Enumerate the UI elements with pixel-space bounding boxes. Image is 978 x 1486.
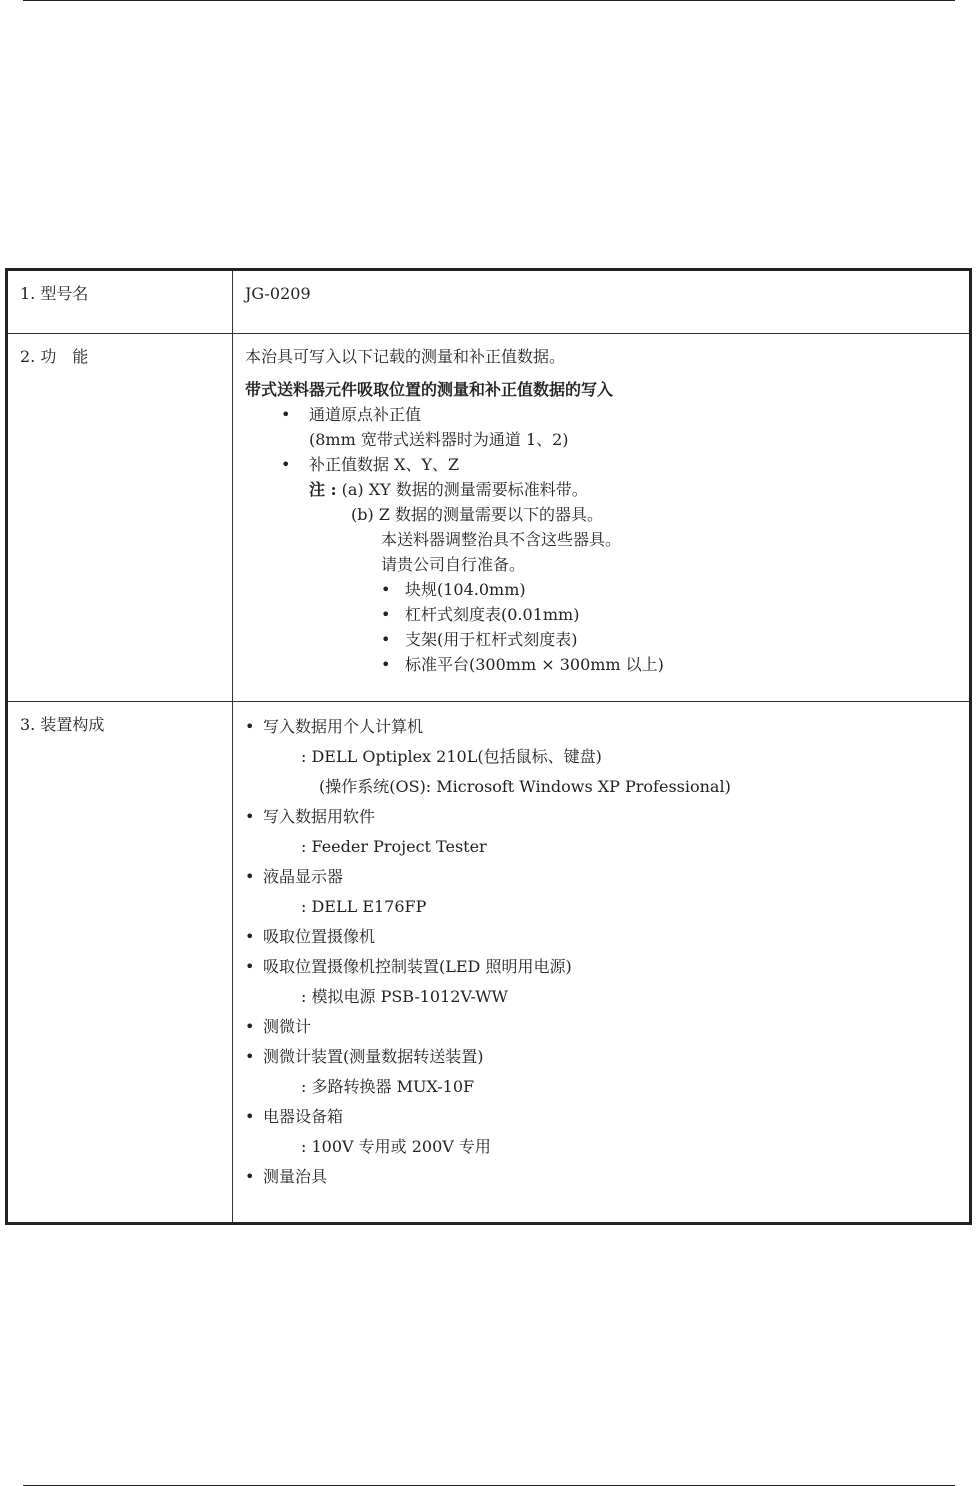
note-b-line2: 本送料器调整治具不含这些器具。 — [245, 527, 957, 552]
equipment-item: •测量治具 — [245, 1162, 957, 1192]
bullet-text: 补正值数据 X、Y、Z — [309, 455, 459, 474]
bullet-text: 通道原点补正值 — [309, 405, 421, 424]
note-a: 注 : (a) XY 数据的测量需要标准料带。 — [245, 477, 957, 502]
equipment-item: •写入数据用软件 — [245, 802, 957, 832]
tool-item: •支架(用于杠杆式刻度表) — [245, 627, 957, 652]
equipment-name: 液晶显示器 — [263, 867, 343, 886]
equipment-name: 吸取位置摄像机控制装置(LED 照明用电源) — [263, 957, 572, 976]
equipment-item: •测微计 — [245, 1012, 957, 1042]
function-content: 本治具可写入以下记载的测量和补正值数据。 带式送料器元件吸取位置的测量和补正值数… — [233, 334, 971, 702]
bullet-icon: • — [245, 1012, 254, 1042]
note-text: (a) XY 数据的测量需要标准料带。 — [342, 480, 588, 499]
bullet-icon: • — [381, 602, 390, 627]
equipment-detail: : DELL E176FP — [245, 892, 957, 922]
equipment-item: •吸取位置摄像机控制装置(LED 照明用电源) — [245, 952, 957, 982]
note-label: 注 : — [309, 480, 336, 499]
bullet-icon: • — [245, 1162, 254, 1192]
bullet-icon: • — [281, 452, 290, 477]
bullet-icon: • — [281, 402, 290, 427]
note-b-line3: 请贵公司自行准备。 — [245, 552, 957, 577]
equipment-name: 电器设备箱 — [263, 1107, 343, 1126]
bullet-icon: • — [245, 922, 254, 952]
equipment-detail: : 模拟电源 PSB-1012V-WW — [245, 982, 957, 1012]
table-row-model: 1. 型号名 JG-0209 — [7, 270, 971, 334]
equipment-item: •液晶显示器 — [245, 862, 957, 892]
tool-text: 标准平台(300mm × 300mm 以上) — [405, 655, 664, 674]
function-intro: 本治具可写入以下记载的测量和补正值数据。 — [245, 344, 957, 369]
bullet-subtext: (8mm 宽带式送料器时为通道 1、2) — [245, 427, 957, 452]
note-b: (b) Z 数据的测量需要以下的器具。 — [245, 502, 957, 527]
equipment-name: 吸取位置摄像机 — [263, 927, 375, 946]
tool-text: 块规(104.0mm) — [405, 580, 526, 599]
equipment-item: •电器设备箱 — [245, 1102, 957, 1132]
equipment-detail: : 100V 专用或 200V 专用 — [245, 1132, 957, 1162]
equipment-name: 写入数据用软件 — [263, 807, 375, 826]
equipment-name: 测量治具 — [263, 1167, 327, 1186]
spec-table: 1. 型号名 JG-0209 2. 功 能 本治具可写入以下记载的测量和补正值数… — [5, 268, 972, 1225]
bullet-icon: • — [245, 802, 254, 832]
equipment-detail: : Feeder Project Tester — [245, 832, 957, 862]
equipment-item: •写入数据用个人计算机 — [245, 712, 957, 742]
configuration-content: •写入数据用个人计算机 : DELL Optiplex 210L(包括鼠标、键盘… — [233, 702, 971, 1224]
tool-item: •块规(104.0mm) — [245, 577, 957, 602]
function-heading: 带式送料器元件吸取位置的测量和补正值数据的写入 — [245, 377, 957, 402]
bullet-icon: • — [381, 652, 390, 677]
table-row-configuration: 3. 装置构成 •写入数据用个人计算机 : DELL Optiplex 210L… — [7, 702, 971, 1224]
bullet-icon: • — [245, 1042, 254, 1072]
list-item: • 通道原点补正值 — [245, 402, 957, 427]
row-label: 1. 型号名 — [7, 270, 233, 334]
equipment-name: 测微计装置(测量数据转送装置) — [263, 1047, 484, 1066]
tool-item: •标准平台(300mm × 300mm 以上) — [245, 652, 957, 677]
row-label: 2. 功 能 — [7, 334, 233, 702]
header-rule — [23, 0, 955, 1]
tool-item: •杠杆式刻度表(0.01mm) — [245, 602, 957, 627]
equipment-detail: (操作系统(OS): Microsoft Windows XP Professi… — [245, 772, 957, 802]
equipment-detail: : DELL Optiplex 210L(包括鼠标、键盘) — [245, 742, 957, 772]
equipment-name: 测微计 — [263, 1017, 311, 1036]
equipment-item: •吸取位置摄像机 — [245, 922, 957, 952]
table-row-function: 2. 功 能 本治具可写入以下记载的测量和补正值数据。 带式送料器元件吸取位置的… — [7, 334, 971, 702]
row-label: 3. 装置构成 — [7, 702, 233, 1224]
equipment-name: 写入数据用个人计算机 — [263, 717, 423, 736]
equipment-item: •测微计装置(测量数据转送装置) — [245, 1042, 957, 1072]
bullet-icon: • — [245, 712, 254, 742]
bullet-icon: • — [245, 1102, 254, 1132]
model-value: JG-0209 — [233, 270, 971, 334]
bullet-icon: • — [381, 627, 390, 652]
bullet-icon: • — [245, 952, 254, 982]
equipment-detail: : 多路转换器 MUX-10F — [245, 1072, 957, 1102]
bullet-icon: • — [245, 862, 254, 892]
tool-text: 支架(用于杠杆式刻度表) — [405, 630, 578, 649]
tool-text: 杠杆式刻度表(0.01mm) — [405, 605, 579, 624]
list-item: • 补正值数据 X、Y、Z — [245, 452, 957, 477]
bullet-icon: • — [381, 577, 390, 602]
